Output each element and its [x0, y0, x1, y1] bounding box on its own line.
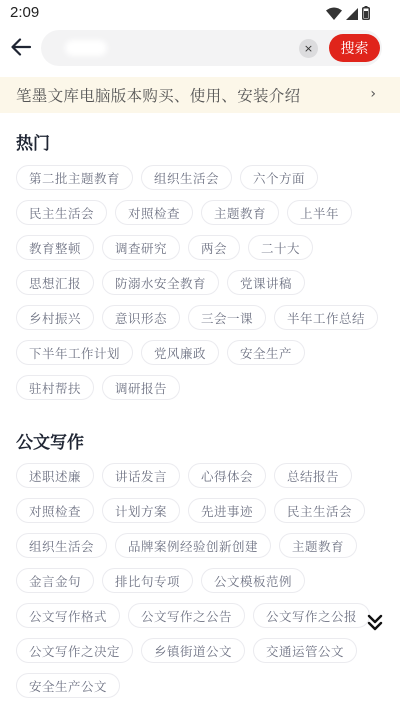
hot-tags: 第二批主题教育组织生活会六个方面民主生活会对照检查主题教育上半年教育整顿调查研究… — [16, 165, 386, 400]
tag-chip[interactable]: 六个方面 — [240, 165, 318, 190]
tag-chip[interactable]: 公文写作之公报 — [253, 603, 370, 628]
tag-chip[interactable]: 教育整顿 — [16, 235, 94, 260]
back-arrow-icon — [10, 38, 32, 56]
tag-chip[interactable]: 乡村振兴 — [16, 305, 94, 330]
tag-chip[interactable]: 述职述廉 — [16, 463, 94, 488]
writing-tags: 述职述廉讲话发言心得体会总结报告对照检查计划方案先进事迹民主生活会组织生活会品牌… — [16, 463, 386, 698]
tag-chip[interactable]: 交通运管公文 — [253, 638, 357, 663]
search-button[interactable]: 搜索 — [329, 34, 380, 62]
tag-chip[interactable]: 公文模板范例 — [201, 568, 305, 593]
tag-chip[interactable]: 安全生产公文 — [16, 673, 120, 698]
tag-chip[interactable]: 半年工作总结 — [274, 305, 378, 330]
battery-icon — [362, 5, 370, 24]
double-chevron-down-icon — [367, 614, 383, 632]
wifi-icon — [326, 5, 342, 24]
tag-chip[interactable]: 讲话发言 — [102, 463, 180, 488]
tag-chip[interactable]: 上半年 — [287, 200, 352, 225]
status-bar: 2:09 — [0, 0, 400, 26]
tag-chip[interactable]: 对照检查 — [16, 498, 94, 523]
tag-chip[interactable]: 调查研究 — [102, 235, 180, 260]
tag-chip[interactable]: 公文写作格式 — [16, 603, 120, 628]
promo-banner[interactable]: 笔墨文库电脑版本购买、使用、安装介绍 › — [0, 77, 400, 113]
status-icons — [326, 5, 370, 24]
tag-chip[interactable]: 驻村帮扶 — [16, 375, 94, 400]
tag-chip[interactable]: 排比句专项 — [102, 568, 193, 593]
section-title-writing: 公文写作 — [16, 428, 84, 453]
signal-icon — [346, 5, 358, 24]
tag-chip[interactable]: 组织生活会 — [141, 165, 232, 190]
tag-chip[interactable]: 乡镇街道公文 — [141, 638, 245, 663]
tag-chip[interactable]: 总结报告 — [274, 463, 352, 488]
section-title-hot: 热门 — [16, 129, 50, 154]
expand-button[interactable] — [365, 612, 385, 634]
tag-chip[interactable]: 品牌案例经验创新创建 — [115, 533, 271, 558]
tag-chip[interactable]: 心得体会 — [188, 463, 266, 488]
tag-chip[interactable]: 主题教育 — [201, 200, 279, 225]
tag-chip[interactable]: 调研报告 — [102, 375, 180, 400]
tag-chip[interactable]: 三会一课 — [188, 305, 266, 330]
banner-text: 笔墨文库电脑版本购买、使用、安装介绍 — [16, 84, 300, 106]
back-button[interactable] — [8, 34, 34, 60]
tag-chip[interactable]: 组织生活会 — [16, 533, 107, 558]
tag-chip[interactable]: 意识形态 — [102, 305, 180, 330]
tag-chip[interactable]: 思想汇报 — [16, 270, 94, 295]
chevron-right-icon: › — [370, 86, 376, 102]
tag-chip[interactable]: 主题教育 — [279, 533, 357, 558]
tag-chip[interactable]: 下半年工作计划 — [16, 340, 133, 365]
tag-chip[interactable]: 金言金句 — [16, 568, 94, 593]
close-icon: × — [304, 43, 313, 54]
tag-chip[interactable]: 公文写作之决定 — [16, 638, 133, 663]
tag-chip[interactable]: 党课讲稿 — [227, 270, 305, 295]
tag-chip[interactable]: 计划方案 — [102, 498, 180, 523]
tag-chip[interactable]: 公文写作之公告 — [128, 603, 245, 628]
clear-button[interactable]: × — [299, 39, 318, 58]
tag-chip[interactable]: 两会 — [188, 235, 240, 260]
tag-chip[interactable]: 民主生活会 — [16, 200, 107, 225]
status-time: 2:09 — [10, 4, 39, 21]
tag-chip[interactable]: 第二批主题教育 — [16, 165, 133, 190]
tag-chip[interactable]: 防溺水安全教育 — [102, 270, 219, 295]
tag-chip[interactable]: 先进事迹 — [188, 498, 266, 523]
tag-chip[interactable]: 对照检查 — [115, 200, 193, 225]
tag-chip[interactable]: 民主生活会 — [274, 498, 365, 523]
redacted-query — [65, 40, 107, 56]
search-box: × 搜索 — [41, 30, 382, 66]
tag-chip[interactable]: 党风廉政 — [141, 340, 219, 365]
search-bar: × 搜索 — [0, 28, 400, 68]
tag-chip[interactable]: 二十大 — [248, 235, 313, 260]
tag-chip[interactable]: 安全生产 — [227, 340, 305, 365]
